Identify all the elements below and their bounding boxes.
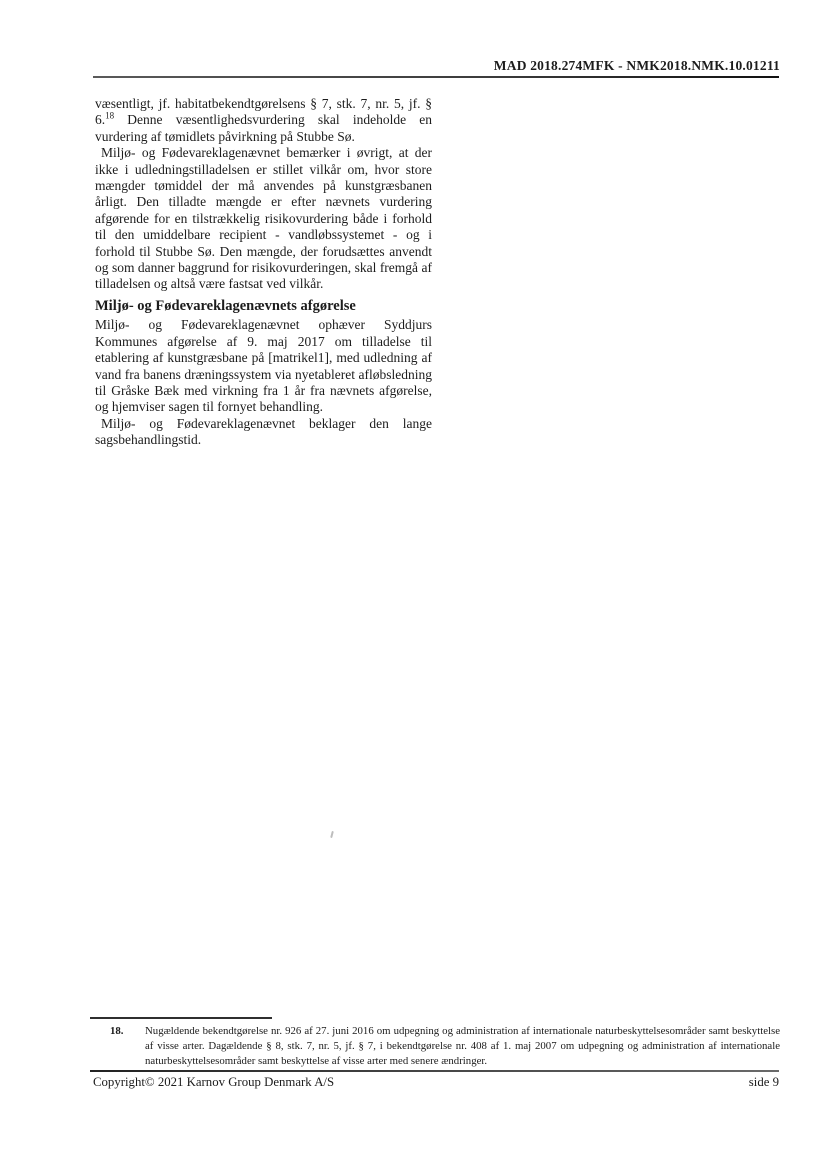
footnote-number: 18. [110, 1024, 145, 1069]
paragraph1-text-after-ref: Denne væsentlighedsvurdering skal indeho… [95, 112, 432, 143]
footnote-separator-rule [90, 1017, 272, 1019]
section-heading-decision: Miljø- og Fødevareklagenævnets afgørelse [95, 298, 432, 314]
document-page: MAD 2018.274MFK - NMK2018.NMK.10.01211 v… [0, 0, 828, 1169]
footnote-18: 18. Nugældende bekendtgørelse nr. 926 af… [110, 1024, 780, 1069]
page-header: MAD 2018.274MFK - NMK2018.NMK.10.01211 [94, 57, 780, 75]
case-citation: MAD 2018.274MFK - NMK2018.NMK.10.01211 [494, 58, 780, 73]
body-text-column: væsentligt, jf. habitatbekendtgørelsens … [95, 96, 432, 449]
paragraph-decision: Miljø- og Fødevareklagenævnet ophæver Sy… [95, 317, 432, 415]
paragraph-habitat-assessment: væsentligt, jf. habitatbekendtgørelsens … [95, 96, 432, 145]
footer-rule [90, 1070, 779, 1072]
scan-artifact-speck [330, 831, 334, 838]
copyright-notice: Copyright© 2021 Karnov Group Denmark A/S [93, 1075, 334, 1090]
paragraph-apology: Miljø- og Fødevareklagenævnet beklager d… [95, 416, 432, 449]
paragraph-remarks: Miljø- og Fødevareklagenævnet bemærker i… [95, 145, 432, 293]
footnote-text: Nugældende bekendtgørelse nr. 926 af 27.… [145, 1024, 780, 1069]
footnote-reference-18: 18 [105, 111, 114, 121]
header-rule [93, 76, 779, 78]
page-footer: Copyright© 2021 Karnov Group Denmark A/S… [93, 1075, 779, 1090]
page-number: side 9 [749, 1075, 779, 1090]
